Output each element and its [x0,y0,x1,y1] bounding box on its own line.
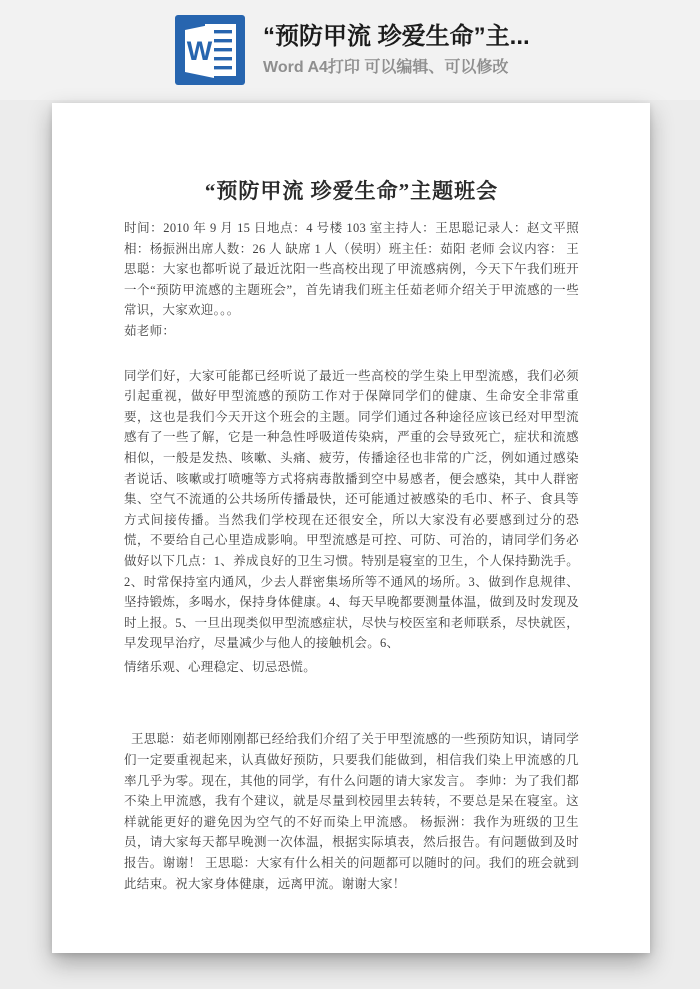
document-title: “预防甲流 珍爱生命”主题班会 [124,103,579,205]
svg-text:W: W [187,36,213,66]
paragraph-point-six: 情绪乐观、心理稳定、切忌恐慌。 [124,657,579,678]
header-title: “预防甲流 珍爱生命”主... [263,21,530,53]
paragraph-discussion-closing: 王思聪：茹老师刚刚都已经给我们介绍了关于甲型流感的一些预防知识，请同学们一定要重… [124,729,579,894]
paragraph-teacher-speech: 同学们好，大家可能都已经听说了最近一些高校的学生染上甲型流感，我们必须引起重视，… [124,366,579,654]
site-header: W “预防甲流 珍爱生命”主... Word A4打印 可以编辑、可以修改 [0,0,700,100]
document-page: “预防甲流 珍爱生命”主题班会 时间：2010 年 9 月 15 日地点：4 号… [52,103,650,953]
paragraph-speaker-teacher: 茹老师： [124,321,579,342]
document-body: 时间：2010 年 9 月 15 日地点：4 号楼 103 室主持人：王思聪记录… [124,218,579,894]
paragraph-meeting-info: 时间：2010 年 9 月 15 日地点：4 号楼 103 室主持人：王思聪记录… [124,218,579,321]
header-text-block: “预防甲流 珍爱生命”主... Word A4打印 可以编辑、可以修改 [263,21,530,79]
word-icon: W [175,15,245,85]
header-subtitle: Word A4打印 可以编辑、可以修改 [263,57,530,79]
document-preview-area: “预防甲流 珍爱生命”主题班会 时间：2010 年 9 月 15 日地点：4 号… [0,100,700,989]
